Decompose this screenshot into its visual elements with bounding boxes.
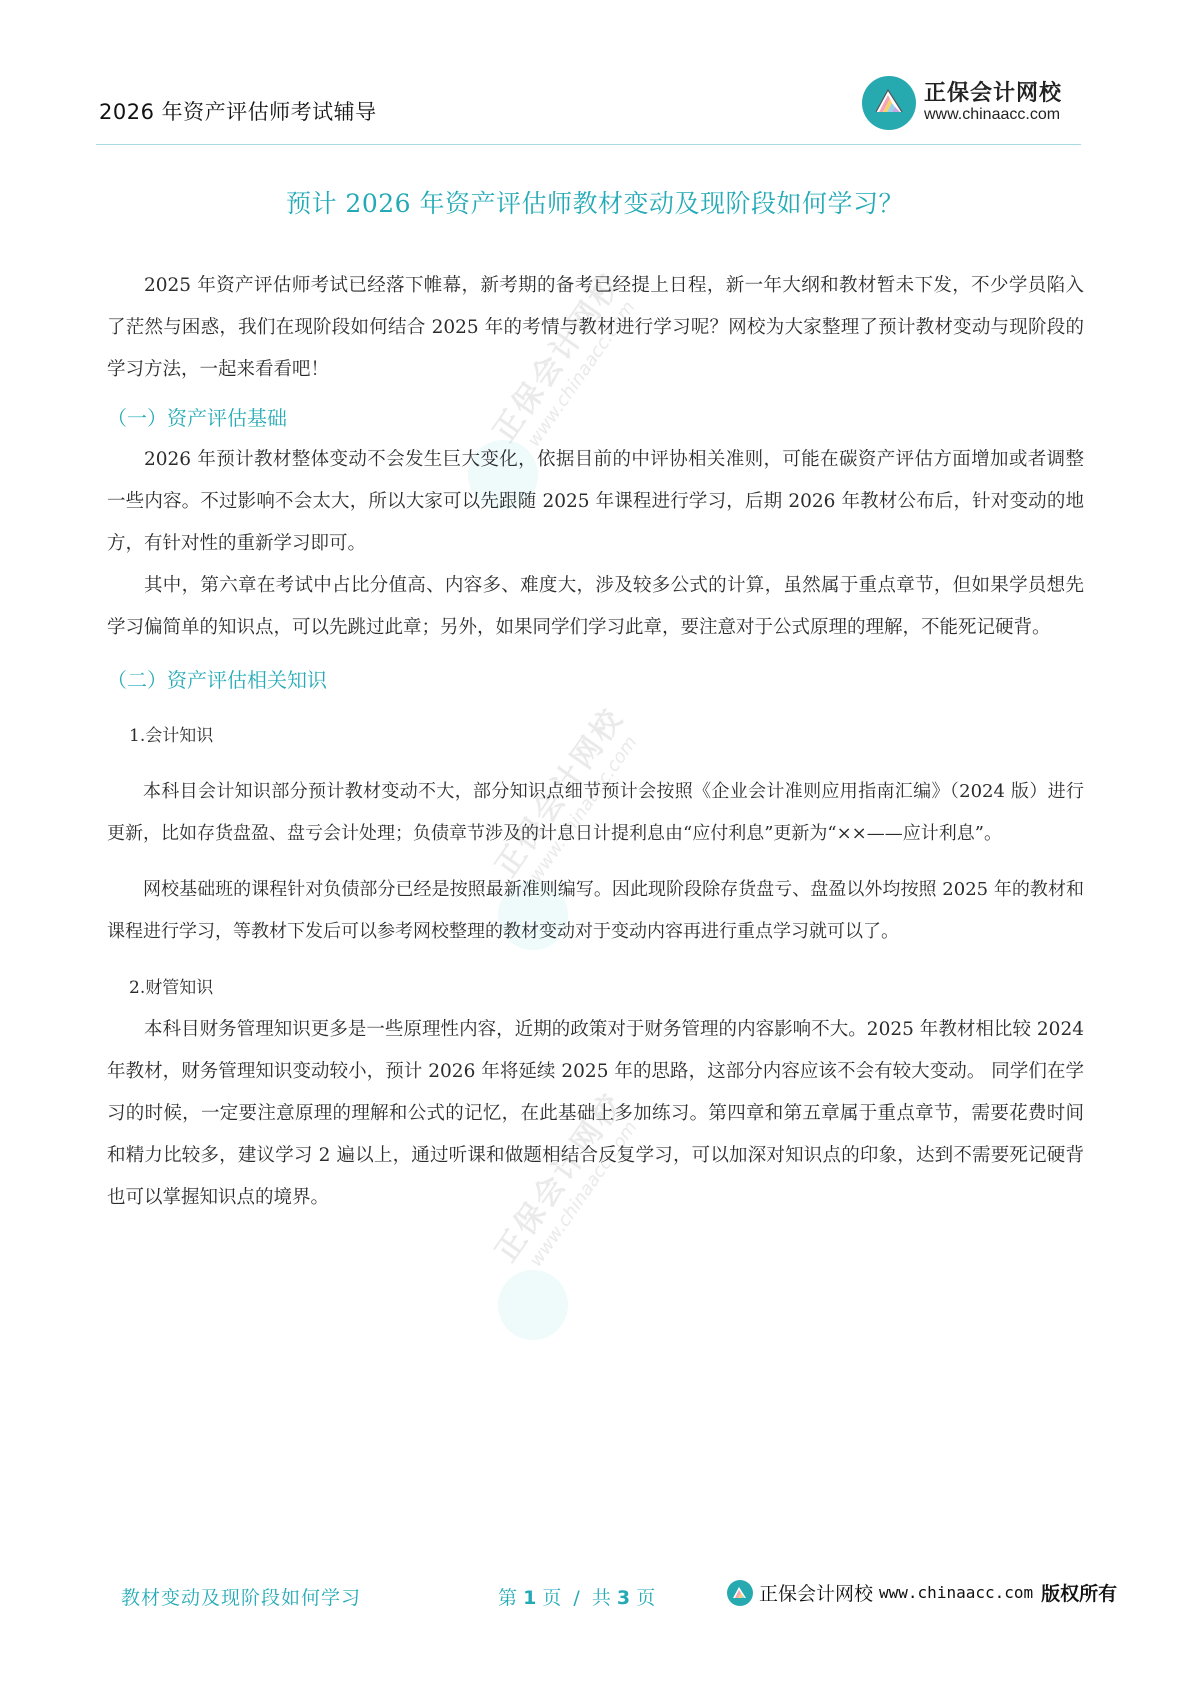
logo-name: 正保会计网校 <box>924 82 1062 106</box>
page-footer: 教材变动及现阶段如何学习 第 1 页 / 共 3 页 正保会计网校 www.ch… <box>0 1575 1190 1615</box>
footer-url[interactable]: www.chinaacc.com <box>879 1583 1033 1602</box>
paragraph: 本科目财务管理知识更多是一些原理性内容，近期的政策对于财务管理的内容影响不大。2… <box>107 1009 1084 1219</box>
chinaacc-logo-icon <box>727 1580 753 1606</box>
section-heading: （二）资产评估相关知识 <box>107 659 1084 701</box>
paragraph: 2026 年预计教材整体变动不会发生巨大变化，依据目前的中评协相关准则，可能在碳… <box>107 439 1084 565</box>
paragraph: 网校基础班的课程针对负债部分已经是按照最新准则编写。因此现阶段除存货盘亏、盘盈以… <box>107 869 1084 953</box>
footer-doc-title: 教材变动及现阶段如何学习 <box>121 1583 361 1610</box>
page-indicator: 第 1 页 / 共 3 页 <box>498 1583 655 1610</box>
intro-paragraph: 2025 年资产评估师考试已经落下帷幕，新考期的备考已经提上日程，新一年大纲和教… <box>107 265 1084 391</box>
subsection-heading: 1.会计知识 <box>107 715 1084 757</box>
copyright-text: 版权所有 <box>1041 1579 1117 1606</box>
brand-logo[interactable]: 正保会计网校 www.chinaacc.com <box>862 76 1062 130</box>
watermark-logo-icon <box>498 1270 568 1340</box>
current-page: 1 <box>523 1587 536 1609</box>
logo-url: www.chinaacc.com <box>924 106 1062 124</box>
total-pages: 3 <box>617 1587 630 1609</box>
header-divider <box>96 144 1081 145</box>
section-heading: （一）资产评估基础 <box>107 397 1084 439</box>
chinaacc-logo-icon <box>862 76 916 130</box>
paragraph: 本科目会计知识部分预计教材变动不大，部分知识点细节预计会按照《企业会计准则应用指… <box>107 771 1084 855</box>
footer-brand-name: 正保会计网校 <box>759 1579 873 1606</box>
page-header: 2026 年资产评估师考试辅导 正保会计网校 www.chinaacc.com <box>0 0 1190 150</box>
document-title: 预计 2026 年资产评估师教材变动及现阶段如何学习？ <box>0 184 1190 220</box>
header-title: 2026 年资产评估师考试辅导 <box>99 96 377 126</box>
subsection-heading: 2.财管知识 <box>107 967 1084 1009</box>
footer-brand: 正保会计网校 www.chinaacc.com 版权所有 <box>727 1579 1117 1606</box>
paragraph: 其中，第六章在考试中占比分值高、内容多、难度大，涉及较多公式的计算，虽然属于重点… <box>107 565 1084 649</box>
document-body: 2025 年资产评估师考试已经落下帷幕，新考期的备考已经提上日程，新一年大纲和教… <box>107 265 1084 1219</box>
